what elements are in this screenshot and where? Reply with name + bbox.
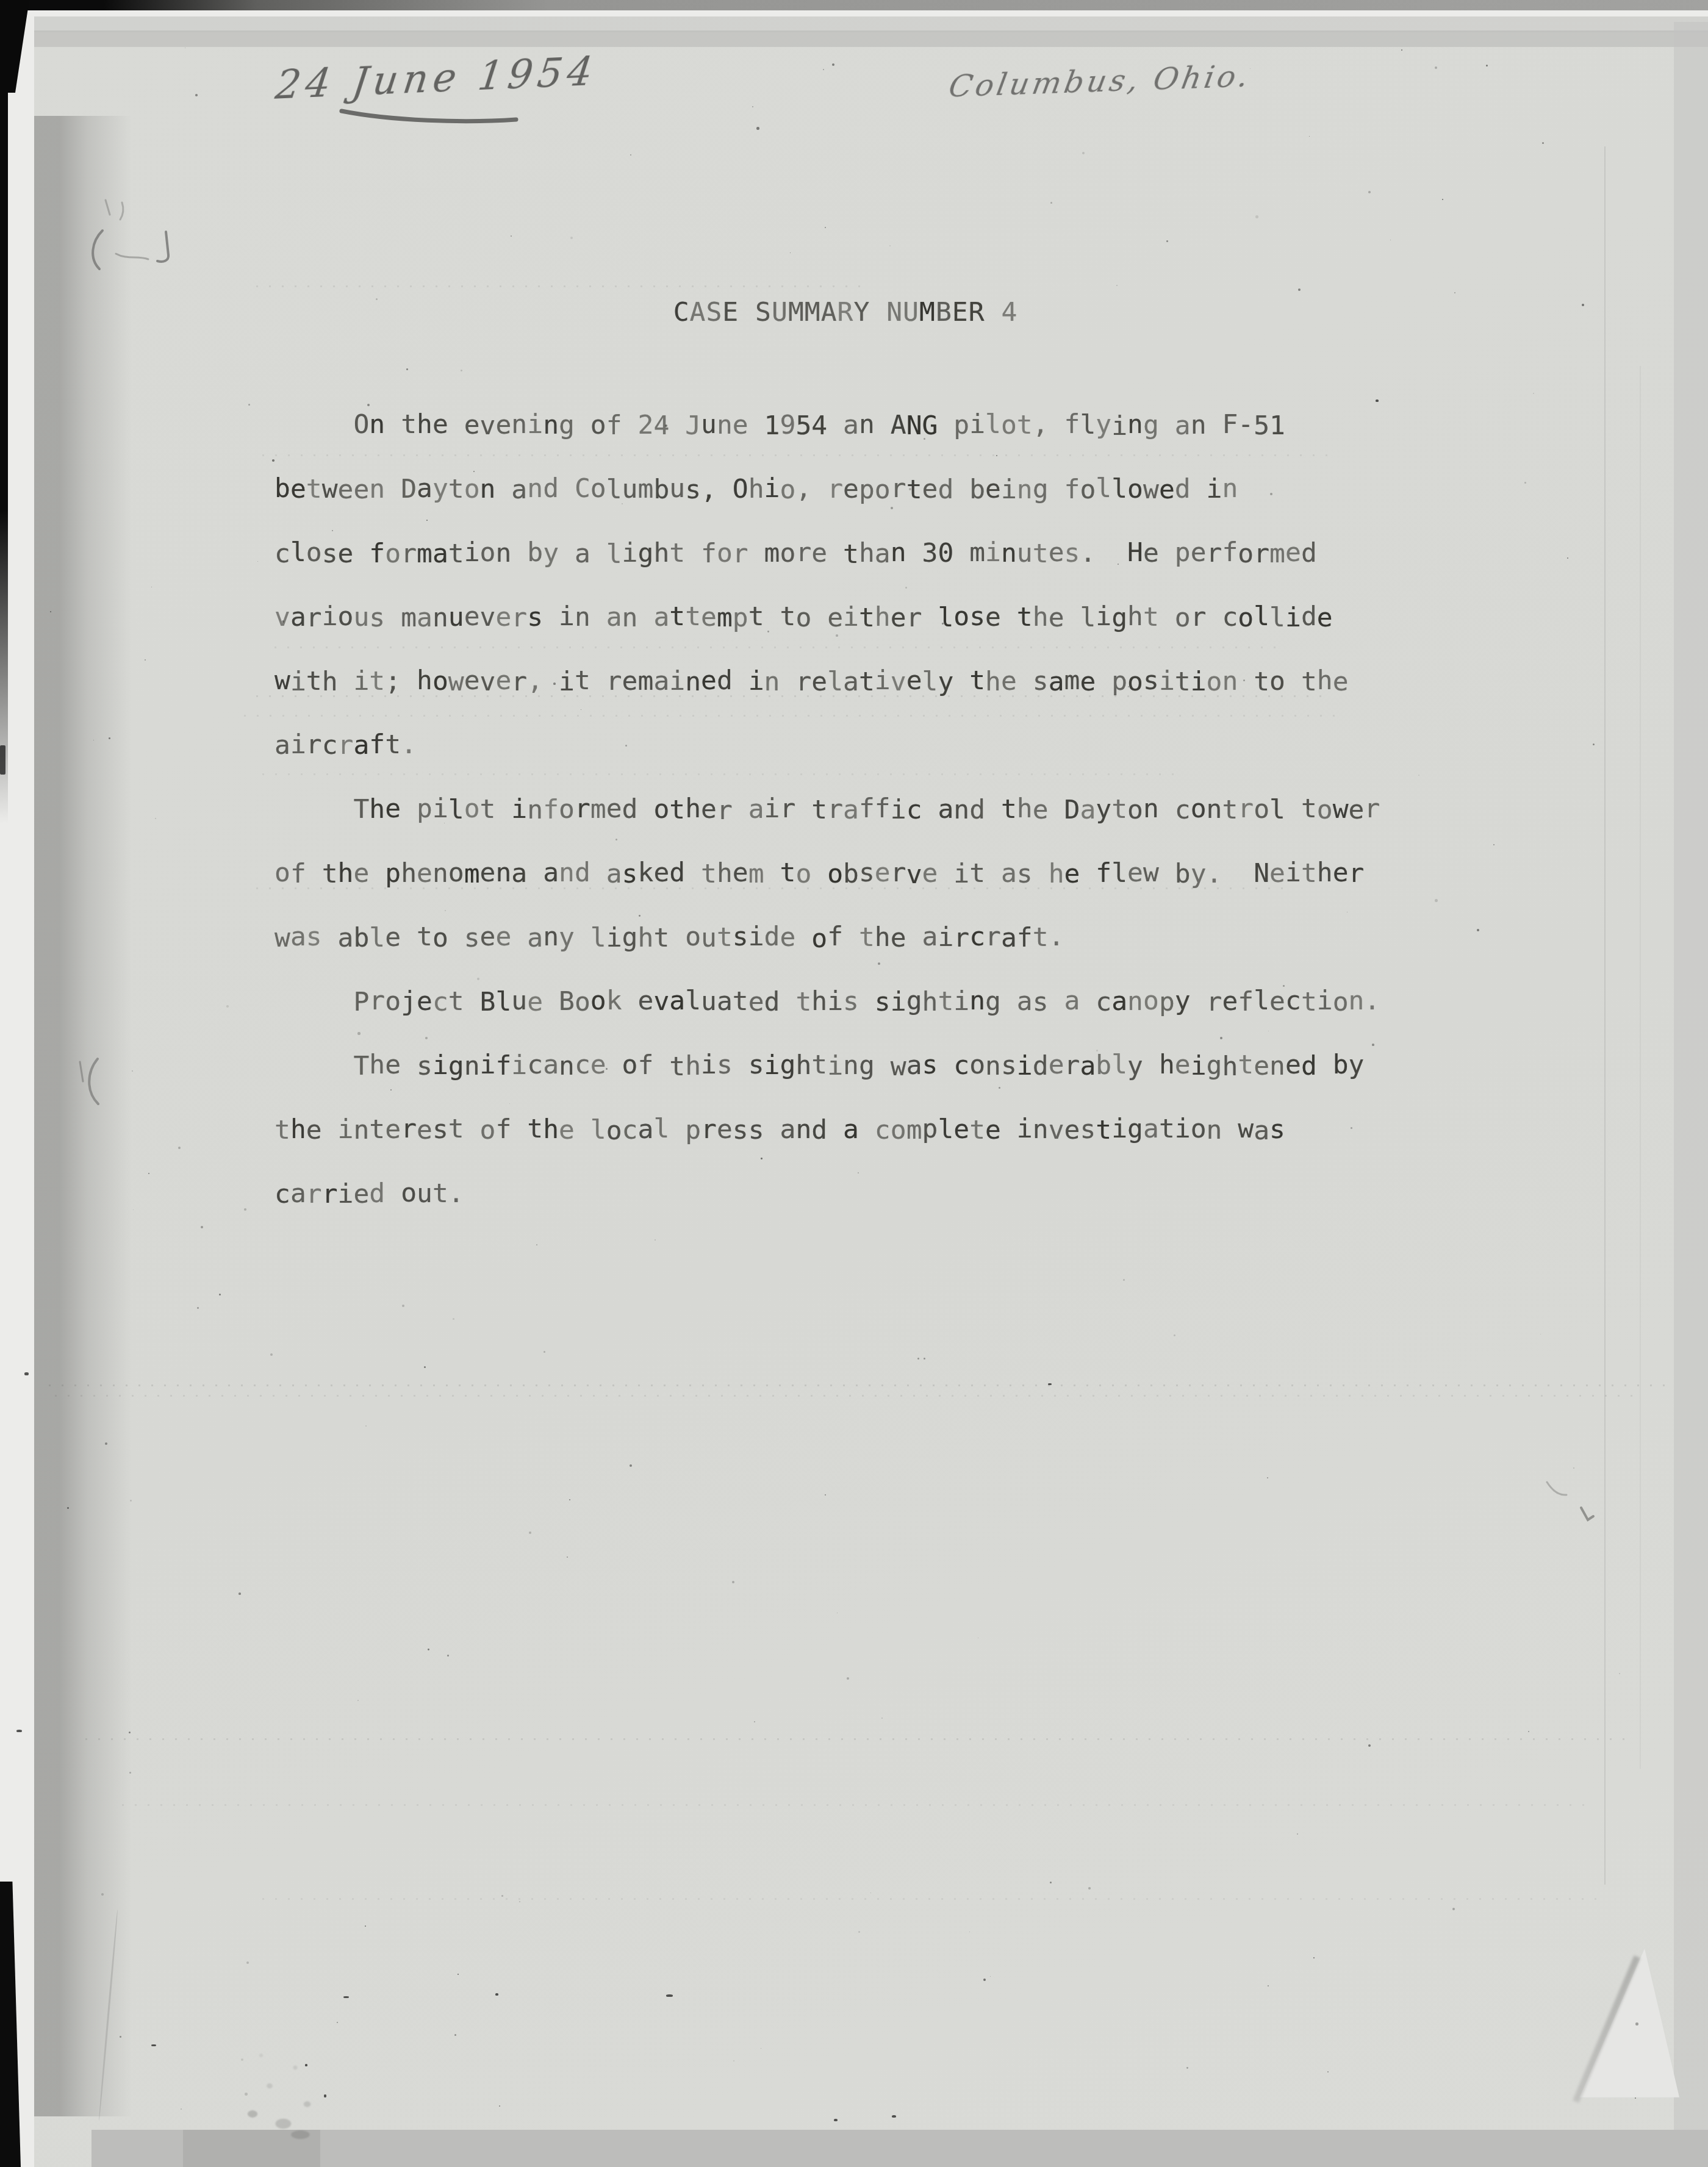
typed-line-5: with it; however, it remained in relativ… [274, 650, 1433, 714]
typed-line-4: various manuevers in an attempt to eithe… [274, 586, 1433, 650]
handwritten-underline [342, 111, 516, 121]
typed-line-11: The significance of this sighting was co… [274, 1034, 1433, 1098]
typed-line-12: the interest of the local press and a co… [274, 1098, 1433, 1162]
typed-text-block: On the evening of 24 June 1954 an ANG pi… [274, 393, 1433, 1226]
scanned-document-page: { "colors":{ "paper":"#d8d9d5", "ink":"#… [0, 0, 1708, 2167]
typed-line-8: of the phenomena and asked them to obser… [274, 842, 1433, 906]
typed-line-2: between Dayton and Columbus, Ohio, repor… [274, 457, 1433, 521]
typed-line-6: aircraft. [274, 714, 1433, 778]
typed-line-1: On the evening of 24 June 1954 an ANG pi… [274, 393, 1433, 457]
typed-line-10: Project Blue Book evaluated this sightin… [274, 970, 1433, 1034]
typed-line-9: was able to see any light outside of the… [274, 906, 1433, 970]
document-title: CASE SUMMARY NUMBER 4 [0, 297, 1691, 328]
typed-line-13: carried out. [274, 1162, 1433, 1226]
typed-line-3: close formation by a light for more than… [274, 521, 1433, 586]
typed-line-7: The pilot informed other air traffic and… [274, 778, 1433, 842]
